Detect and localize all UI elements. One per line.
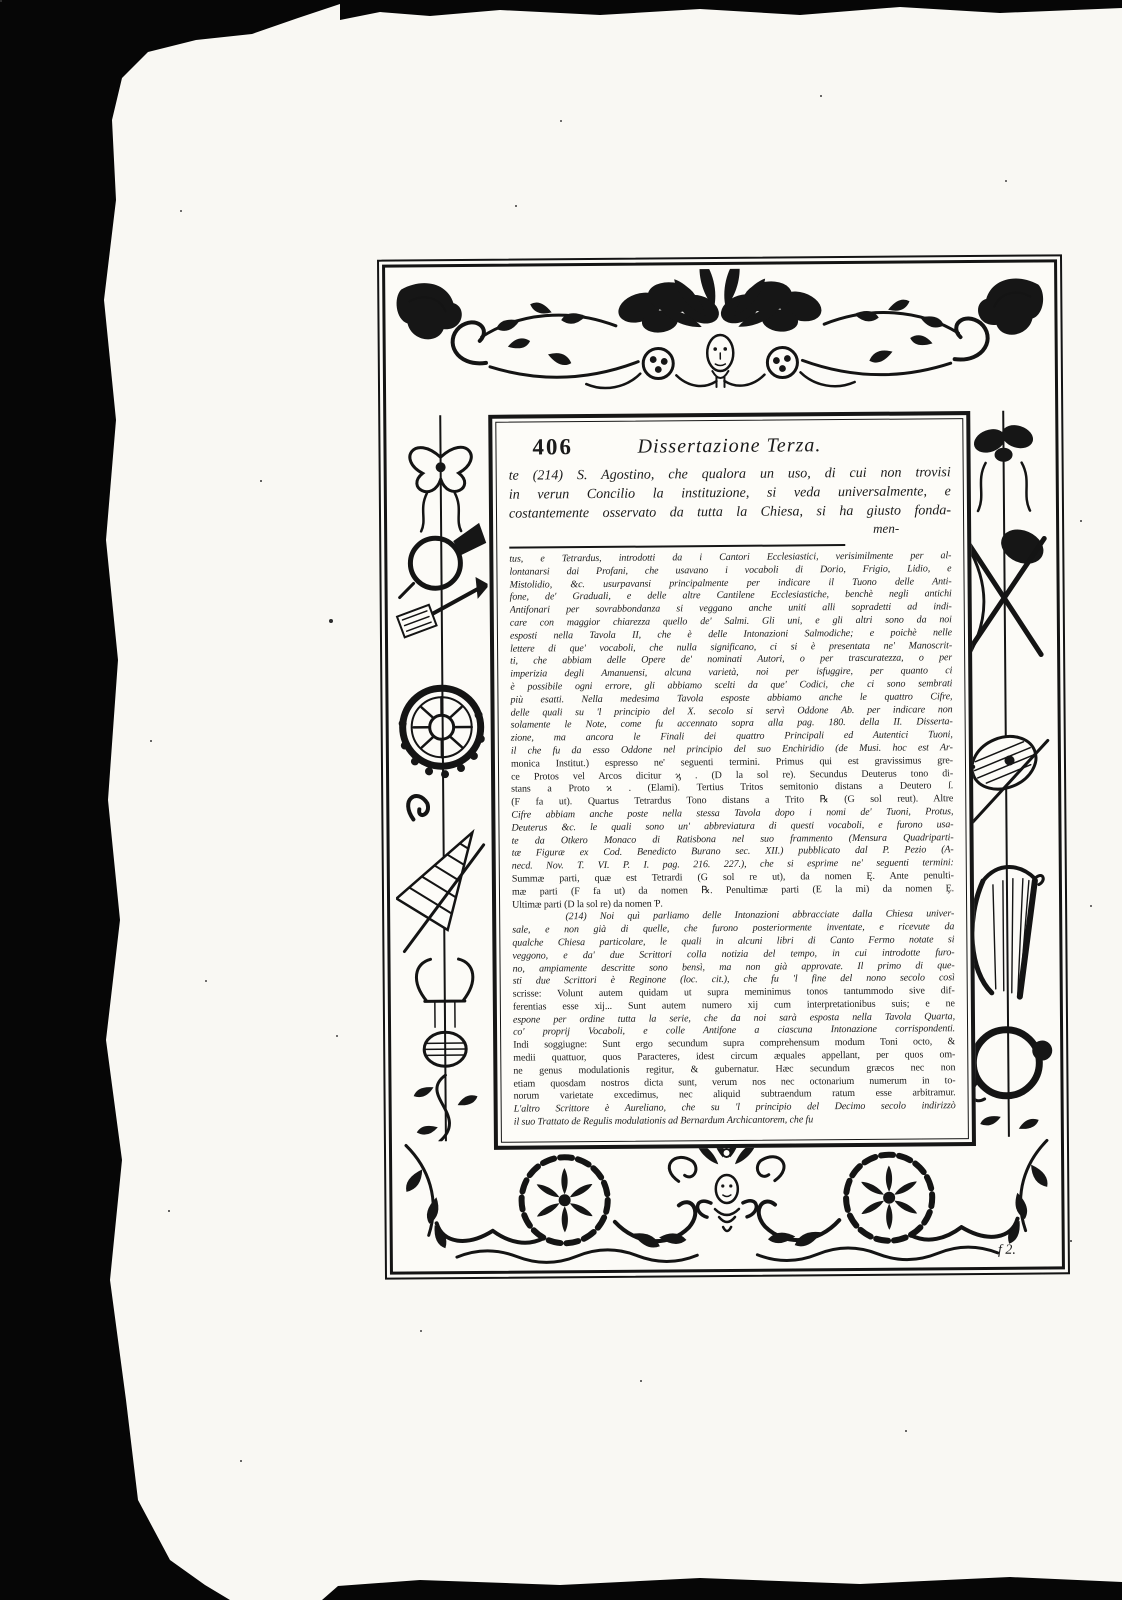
footnote-separator-rule (509, 544, 845, 549)
signature-mark: f 2. (998, 1243, 1016, 1259)
footnote-lines: tus, e Tetrardus, introdotti da i Cantor… (509, 550, 956, 1129)
border-ornament-bottom-frieze-icon (396, 1134, 1058, 1267)
footnote-line: il suo Trattato de Regulis modulationis … (514, 1113, 956, 1129)
border-ornament-left-trophy-icon (392, 415, 492, 1142)
intro-lines: te (214) S. Agostino, che qualora un uso… (509, 463, 951, 523)
plate-inner-rule: 406 Dissertazione Terza. te (214) S. Ago… (382, 259, 1065, 1274)
cartouche-mask-icon (693, 1134, 760, 1231)
page-header: 406 Dissertazione Terza. (508, 427, 950, 466)
paper-speckles (0, 0, 2, 2)
engraved-border-plate: 406 Dissertazione Terza. te (214) S. Ago… (377, 254, 1070, 1279)
text-block: 406 Dissertazione Terza. te (214) S. Ago… (495, 418, 969, 1143)
running-title: Dissertazione Terza. (508, 433, 950, 459)
border-ornament-top-headpiece-icon (389, 266, 1051, 411)
mask-face-icon (658, 266, 782, 387)
text-frame: 406 Dissertazione Terza. te (214) S. Ago… (488, 411, 976, 1150)
scanned-book-page: 406 Dissertazione Terza. te (214) S. Ago… (0, 0, 1122, 1600)
